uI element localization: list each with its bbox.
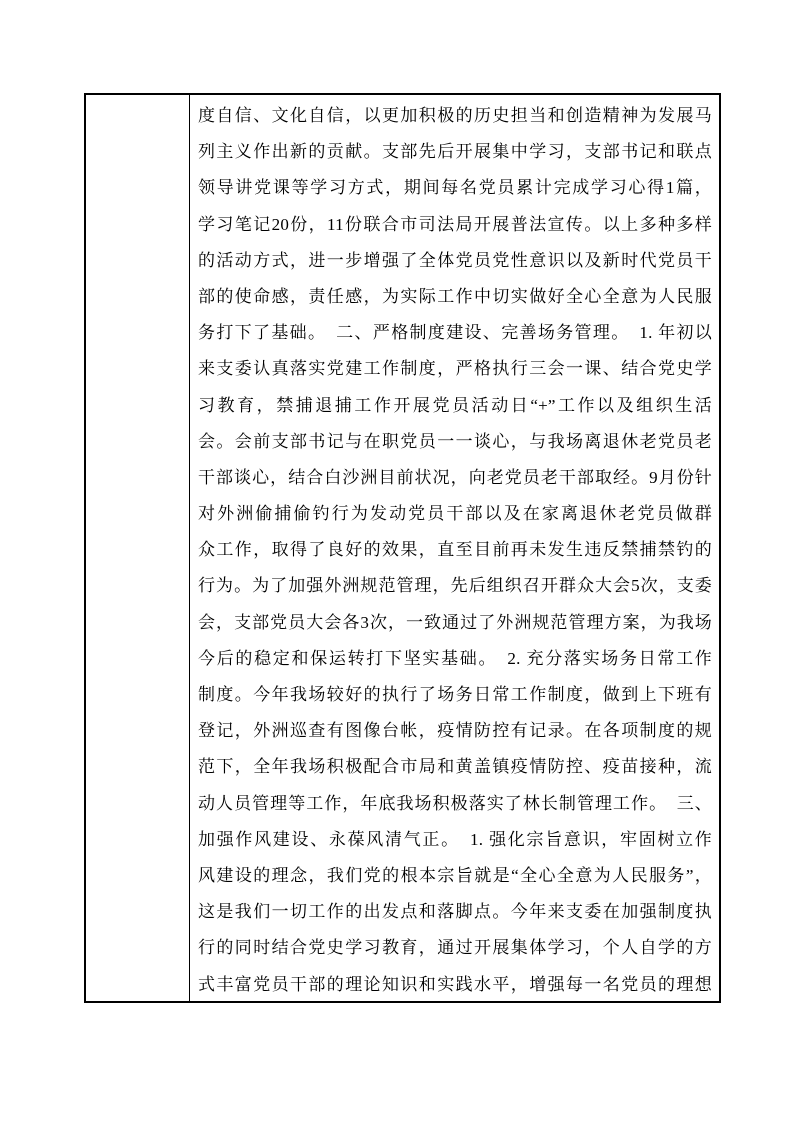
text-line: 来支委认真落实党建工作制度，严格执行三会一课、结合党史学: [198, 351, 712, 387]
text-line: 会，支部党员大会各3次，一致通过了外洲规范管理方案，为我场: [198, 605, 712, 641]
text-line: 习教育，禁捕退捕工作开展党员活动日“+”工作以及组织生活: [198, 388, 712, 424]
text-line: 登记，外洲巡查有图像台帐，疫情防控有记录。在各项制度的规: [198, 713, 712, 749]
text-line: 行为。为了加强外洲规范管理，先后组织召开群众大会5次，支委: [198, 568, 712, 604]
text-line: 的活动方式，进一步增强了全体党员党性意识以及新时代党员干: [198, 243, 712, 279]
text-line: 这是我们一切工作的出发点和落脚点。今年来支委在加强制度执: [198, 894, 712, 930]
text-line: 学习笔记20份，11份联合市司法局开展普法宣传。以上多种多样: [198, 207, 712, 243]
document-page: 度自信、文化自信，以更加积极的历史担当和创造精神为发展马列主义作出新的贡献。支部…: [0, 0, 794, 1122]
text-line: 领导讲党课等学习方式，期间每名党员累计完成学习心得1篇，: [198, 170, 712, 206]
text-line: 行的同时结合党史学习教育，通过开展集体学习，个人自学的方: [198, 930, 712, 966]
text-line: 式丰富党员干部的理论知识和实践水平，增强每一名党员的理想: [198, 967, 712, 1002]
table-cell-content: 度自信、文化自信，以更加积极的历史担当和创造精神为发展马列主义作出新的贡献。支部…: [190, 95, 719, 1001]
text-line: 动人员管理等工作，年底我场积极落实了林长制管理工作。 三、: [198, 786, 712, 822]
table-cell-left-empty: [86, 95, 190, 1001]
text-line: 干部谈心，结合白沙洲目前状况，向老党员老干部取经。9月份针: [198, 460, 712, 496]
text-line: 对外洲偷捕偷钓行为发动党员干部以及在家离退休老党员做群: [198, 496, 712, 532]
paragraph-lines: 度自信、文化自信，以更加积极的历史担当和创造精神为发展马列主义作出新的贡献。支部…: [198, 98, 712, 1001]
text-line: 列主义作出新的贡献。支部先后开展集中学习，支部书记和联点: [198, 134, 712, 170]
text-line: 风建设的理念，我们党的根本宗旨就是“全心全意为人民服务”，: [198, 858, 712, 894]
text-line: 会。会前支部书记与在职党员一一谈心，与我场离退休老党员老: [198, 424, 712, 460]
text-line: 众工作，取得了良好的效果，直至目前再未发生违反禁捕禁钓的: [198, 532, 712, 568]
text-line: 加强作风建设、永葆风清气正。 1. 强化宗旨意识，牢固树立作: [198, 822, 712, 858]
text-line: 今后的稳定和保运转打下坚实基础。 2. 充分落实场务日常工作: [198, 641, 712, 677]
text-line: 制度。今年我场较好的执行了场务日常工作制度，做到上下班有: [198, 677, 712, 713]
report-table: 度自信、文化自信，以更加积极的历史担当和创造精神为发展马列主义作出新的贡献。支部…: [84, 93, 721, 1003]
text-line: 范下，全年我场积极配合市局和黄盖镇疫情防控、疫苗接种，流: [198, 749, 712, 785]
text-line: 务打下了基础。 二、严格制度建设、完善场务管理。 1. 年初以: [198, 315, 712, 351]
text-line: 部的使命感，责任感，为实际工作中切实做好全心全意为人民服: [198, 279, 712, 315]
text-line: 度自信、文化自信，以更加积极的历史担当和创造精神为发展马: [198, 98, 712, 134]
